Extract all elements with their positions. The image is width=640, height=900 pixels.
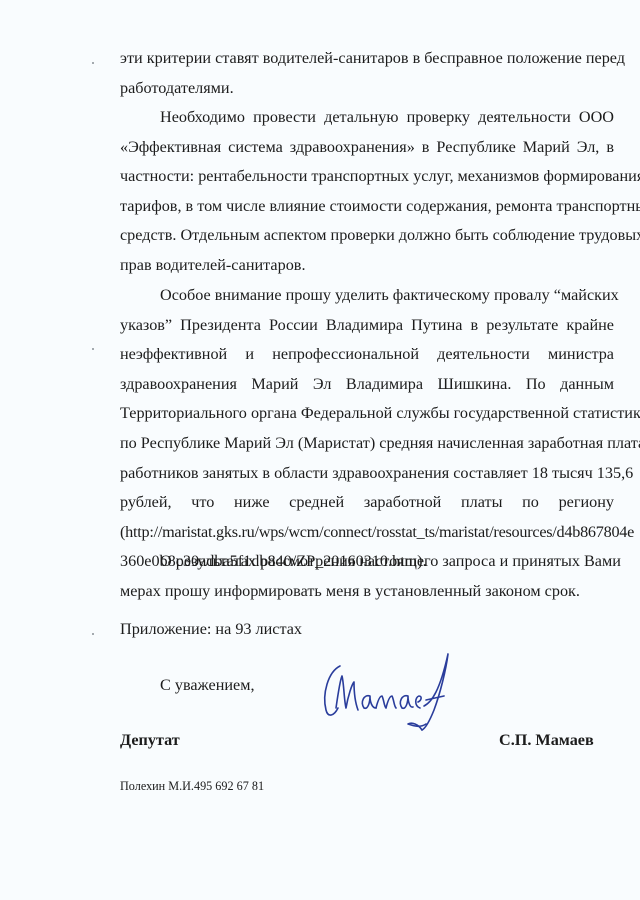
paragraph-3: Особое внимание прошу уделить фактическо… bbox=[120, 281, 614, 577]
text-line: средств. Отдельным аспектом проверки дол… bbox=[120, 221, 614, 251]
margin-mark bbox=[92, 62, 94, 64]
text-line: указов” Президента России Владимира Пути… bbox=[120, 311, 614, 341]
text-line: работодателями. bbox=[120, 74, 614, 104]
text-line: по Республике Марий Эл (Маристат) средня… bbox=[120, 429, 614, 459]
text-line: Необходимо провести детальную проверку д… bbox=[120, 103, 614, 133]
paragraph-2: Необходимо провести детальную проверку д… bbox=[120, 103, 614, 281]
closing-salutation: С уважением, bbox=[160, 676, 255, 695]
margin-mark bbox=[92, 633, 94, 635]
document-page: эти критерии ставят водителей-санитаров … bbox=[0, 0, 640, 900]
text-line: мерах прошу информировать меня в установ… bbox=[120, 577, 614, 607]
signer-name: С.П. Мамаев bbox=[499, 731, 594, 750]
text-line: «Эффективная система здравоохранения» в … bbox=[120, 133, 614, 163]
text-line: прав водителей-санитаров. bbox=[120, 251, 614, 281]
contact-info: Полехин М.И.495 692 67 81 bbox=[120, 779, 264, 794]
text-line: работников занятых в области здравоохран… bbox=[120, 459, 614, 489]
text-line: частности: рентабельности транспортных у… bbox=[120, 162, 614, 192]
text-line: здравоохранения Марий Эл Владимира Шишки… bbox=[120, 370, 614, 400]
signer-position: Депутат bbox=[120, 731, 180, 750]
text-line: рублей, что ниже средней заработной плат… bbox=[120, 488, 614, 518]
text-line: Особое внимание прошу уделить фактическо… bbox=[120, 281, 614, 311]
attachment-note: Приложение: на 93 листах bbox=[120, 620, 302, 639]
text-line: О результатах рассмотрения настоящего за… bbox=[120, 547, 614, 577]
link-text: (http://maristat.gks.ru/wps/wcm/connect/… bbox=[120, 518, 614, 548]
text-line: тарифов, в том числе влияние стоимости с… bbox=[120, 192, 614, 222]
text-line: Территориального органа Федеральной служ… bbox=[120, 399, 614, 429]
paragraph-1: эти критерии ставят водителей-санитаров … bbox=[120, 44, 614, 103]
text-line: неэффективной и непрофессиональной деяте… bbox=[120, 340, 614, 370]
paragraph-4: О результатах рассмотрения настоящего за… bbox=[120, 547, 614, 606]
margin-mark bbox=[92, 348, 94, 350]
text-line: эти критерии ставят водителей-санитаров … bbox=[120, 44, 614, 74]
handwritten-signature bbox=[318, 650, 458, 732]
